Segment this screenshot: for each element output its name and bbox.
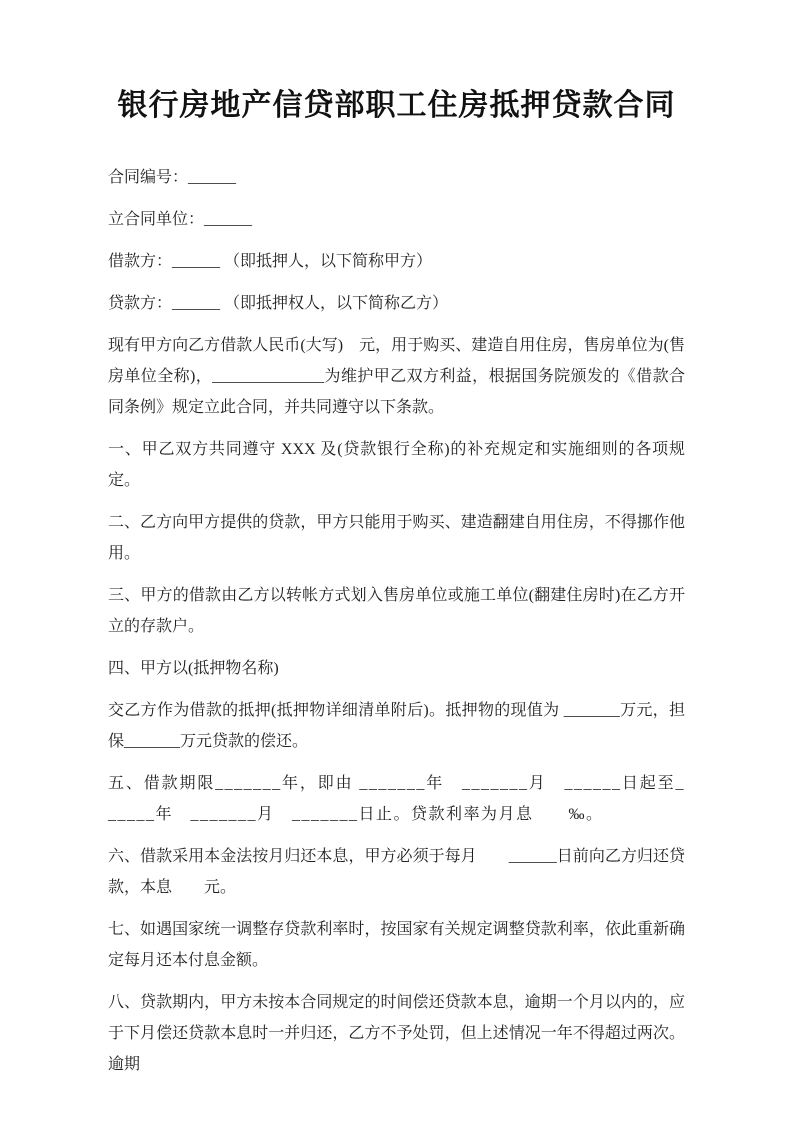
lender-line: 贷款方：______ （即抵押权人，以下简称乙方）	[108, 288, 685, 319]
collateral-paragraph: 交乙方作为借款的抵押(抵押物详细清单附后)。抵押物的现值为 _______万元，…	[108, 695, 685, 757]
document-page: 银行房地产信贷部职工住房抵押贷款合同 合同编号：______ 立合同单位：___…	[0, 0, 793, 1122]
clause-4-paragraph: 四、甲方以(抵押物名称)	[108, 653, 685, 684]
contracting-unit-line: 立合同单位：______	[108, 204, 685, 235]
preamble-paragraph: 现有甲方向乙方借款人民币(大写) 元，用于购买、建造自用住房，售房单位为(售房单…	[108, 330, 685, 423]
clause-6-paragraph: 六、借款采用本金法按月归还本息，甲方必须于每月 ______日前向乙方归还贷款，…	[108, 841, 685, 903]
clause-3-paragraph: 三、甲方的借款由乙方以转帐方式划入售房单位或施工单位(翻建住房时)在乙方开立的存…	[108, 580, 685, 642]
clause-1-paragraph: 一、甲乙双方共同遵守 XXX 及(贷款银行全称)的补充规定和实施细则的各项规定。	[108, 434, 685, 496]
clause-7-paragraph: 七、如遇国家统一调整存贷款利率时，按国家有关规定调整贷款利率，依此重新确定每月还…	[108, 914, 685, 976]
borrower-line: 借款方：______ （即抵押人，以下简称甲方）	[108, 246, 685, 277]
contract-number-line: 合同编号：______	[108, 162, 685, 193]
clause-5-paragraph: 五、借款期限_______年，即由 _______年 _______月 ____…	[108, 768, 685, 830]
clause-2-paragraph: 二、乙方向甲方提供的贷款，甲方只能用于购买、建造翻建自用住房，不得挪作他用。	[108, 507, 685, 569]
clause-8-paragraph: 八、贷款期内，甲方未按本合同规定的时间偿还贷款本息，逾期一个月以内的，应于下月偿…	[108, 987, 685, 1080]
document-title: 银行房地产信贷部职工住房抵押贷款合同	[108, 86, 685, 126]
